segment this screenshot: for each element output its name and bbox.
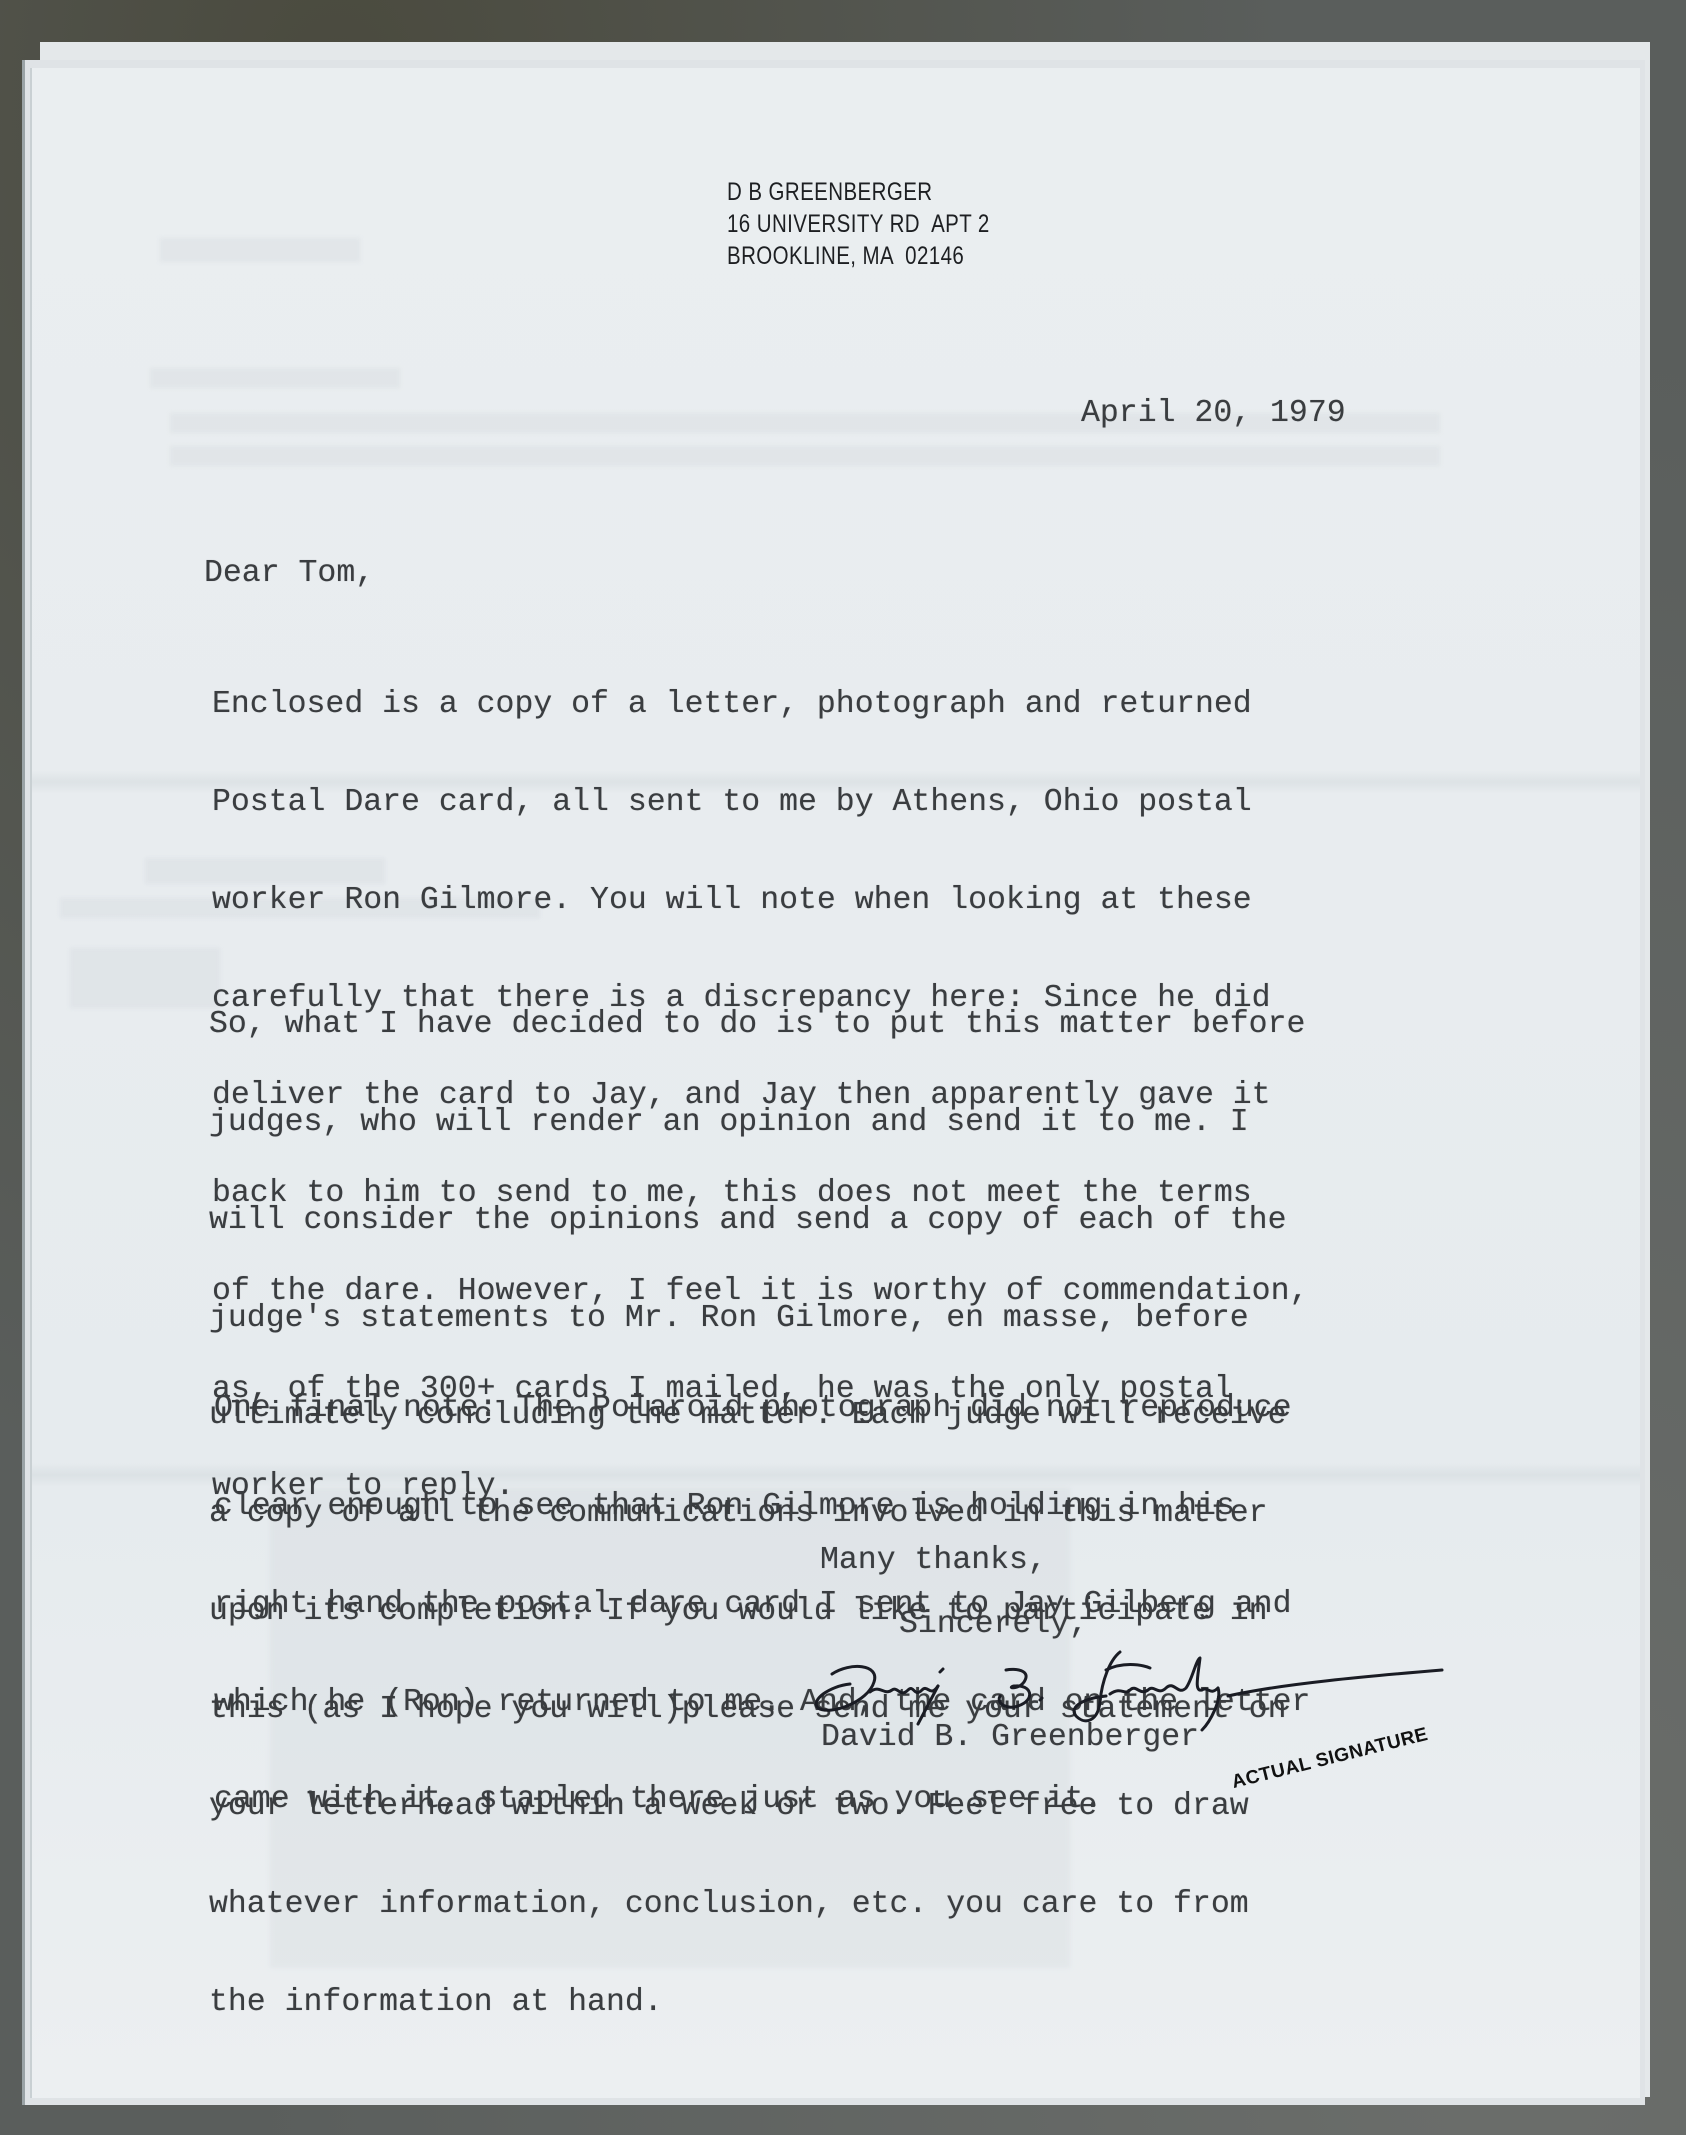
salutation: Dear Tom, xyxy=(204,558,374,591)
letterhead-name: D B GREENBERGER xyxy=(727,176,990,208)
paragraph-line: One final note: The Polaroid photograph … xyxy=(214,1393,1310,1426)
bleed-through-text xyxy=(170,446,1440,466)
paragraph-line: worker Ron Gilmore. You will note when l… xyxy=(212,885,1308,918)
letterhead: D B GREENBERGER 16 UNIVERSITY RD APT 2 B… xyxy=(727,176,990,272)
paragraph-line: will consider the opinions and send a co… xyxy=(209,1205,1305,1238)
letterhead-city: BROOKLINE, MA 02146 xyxy=(727,240,990,272)
paragraph-3: One final note: The Polaroid photograph … xyxy=(214,1328,1310,1850)
typed-signature-name: David B. Greenberger xyxy=(821,1722,1199,1755)
paragraph-line: clear enough to see that Ron Gilmore is … xyxy=(214,1491,1310,1524)
paragraph-line: judges, who will render an opinion and s… xyxy=(209,1107,1305,1140)
bleed-through-text xyxy=(160,238,360,262)
closing-sign-off: Sincerely, xyxy=(899,1609,1088,1642)
letterhead-street: 16 UNIVERSITY RD APT 2 xyxy=(727,208,990,240)
paragraph-line: right hand the postal dare card I sent t… xyxy=(214,1589,1310,1622)
bleed-through-text xyxy=(150,368,400,388)
paragraph-line: whatever information, conclusion, etc. y… xyxy=(209,1889,1305,1922)
closing-thanks: Many thanks, xyxy=(820,1545,1047,1578)
paragraph-line: the information at hand. xyxy=(209,1987,1305,2020)
letter-date: April 20, 1979 xyxy=(1081,398,1346,431)
paragraph-line: So, what I have decided to do is to put … xyxy=(209,1009,1305,1042)
paragraph-line: Enclosed is a copy of a letter, photogra… xyxy=(212,689,1308,722)
paragraph-line: came with it, stapled there just as you … xyxy=(214,1784,1310,1817)
paragraph-line: Postal Dare card, all sent to me by Athe… xyxy=(212,787,1308,820)
bleed-through-text xyxy=(70,948,220,1008)
